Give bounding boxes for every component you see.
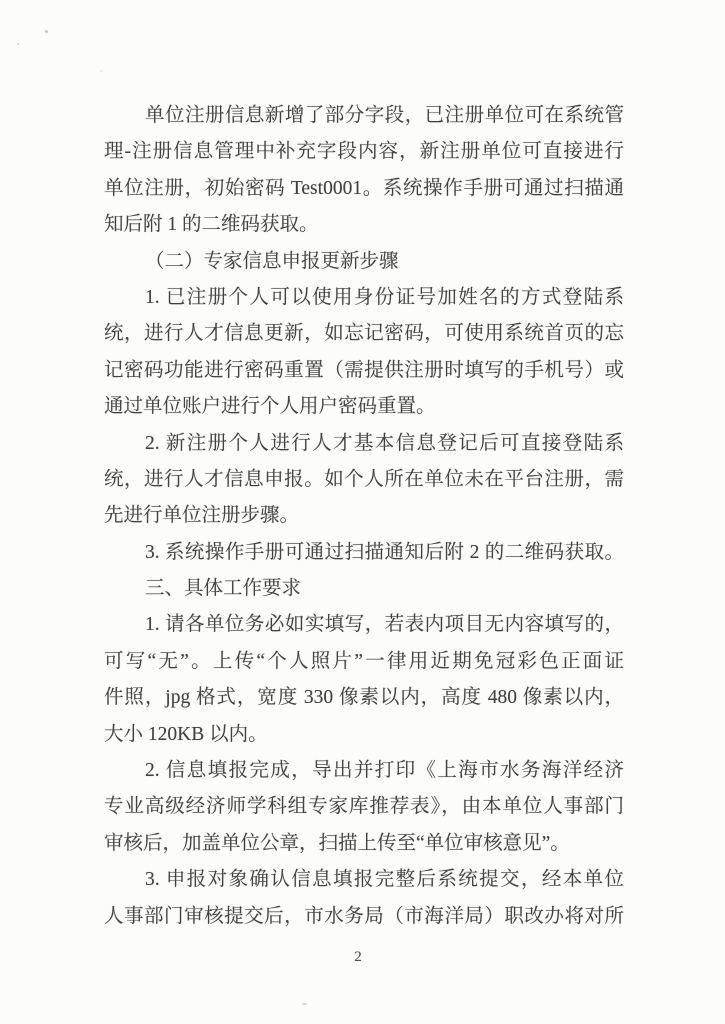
- text-line: 记密码功能进行密码重置（需提供注册时填写的手机号）或: [104, 353, 624, 389]
- text-line: 统，进行人才信息更新，如忘记密码，可使用系统首页的忘: [104, 316, 624, 352]
- scan-noise-speck: [45, 30, 48, 33]
- scanned-document-page: 单位注册信息新增了部分字段，已注册单位可在系统管理-注册信息管理中补充字段内容，…: [0, 0, 725, 1024]
- text-line: 1. 请各单位务必如实填写，若表内项目无内容填写的，: [104, 607, 624, 643]
- text-line: 人事部门审核提交后，市水务局（市海洋局）职改办将对所: [104, 899, 624, 935]
- text-line: （二）专家信息申报更新步骤: [104, 244, 624, 280]
- text-line: 件照，jpg 格式，宽度 330 像素以内，高度 480 像素以内，: [104, 680, 624, 716]
- text-line: 3. 申报对象确认信息填报完整后系统提交，经本单位: [104, 862, 624, 898]
- text-line: 知后附 1 的二维码获取。: [104, 207, 624, 243]
- text-line: 通过单位账户进行个人用户密码重置。: [104, 389, 624, 425]
- scan-noise-speck: [302, 1003, 307, 1005]
- text-line: 先进行单位注册步骤。: [104, 498, 624, 534]
- text-line: 大小 120KB 以内。: [104, 717, 624, 753]
- text-line: 2. 新注册个人进行人才基本信息登记后可直接登陆系: [104, 426, 624, 462]
- text-line: 2. 信息填报完成，导出并打印《上海市水务海洋经济: [104, 753, 624, 789]
- scan-noise-speck: [17, 43, 19, 45]
- text-line: 三、具体工作要求: [104, 571, 624, 607]
- text-line: 统，进行人才信息申报。如个人所在单位未在平台注册，需: [104, 462, 624, 498]
- text-line: 1. 已注册个人可以使用身份证号加姓名的方式登陆系: [104, 280, 624, 316]
- text-line: 3. 系统操作手册可通过扫描通知后附 2 的二维码获取。: [104, 535, 624, 571]
- text-line: 专业高级经济师学科组专家库推荐表》，由本单位人事部门: [104, 789, 624, 825]
- document-body: 单位注册信息新增了部分字段，已注册单位可在系统管理-注册信息管理中补充字段内容，…: [104, 98, 624, 935]
- text-line: 单位注册信息新增了部分字段，已注册单位可在系统管: [104, 98, 624, 134]
- scan-noise-speck: [100, 70, 103, 72]
- text-line: 理-注册信息管理中补充字段内容，新注册单位可直接进行: [104, 134, 624, 170]
- text-line: 单位注册，初始密码 Test0001。系统操作手册可通过扫描通: [104, 171, 624, 207]
- text-line: 审核后，加盖单位公章，扫描上传至“单位审核意见”。: [104, 826, 624, 862]
- text-line: 可写“无”。上传“个人照片”一律用近期免冠彩色正面证: [104, 644, 624, 680]
- page-number: 2: [104, 946, 612, 968]
